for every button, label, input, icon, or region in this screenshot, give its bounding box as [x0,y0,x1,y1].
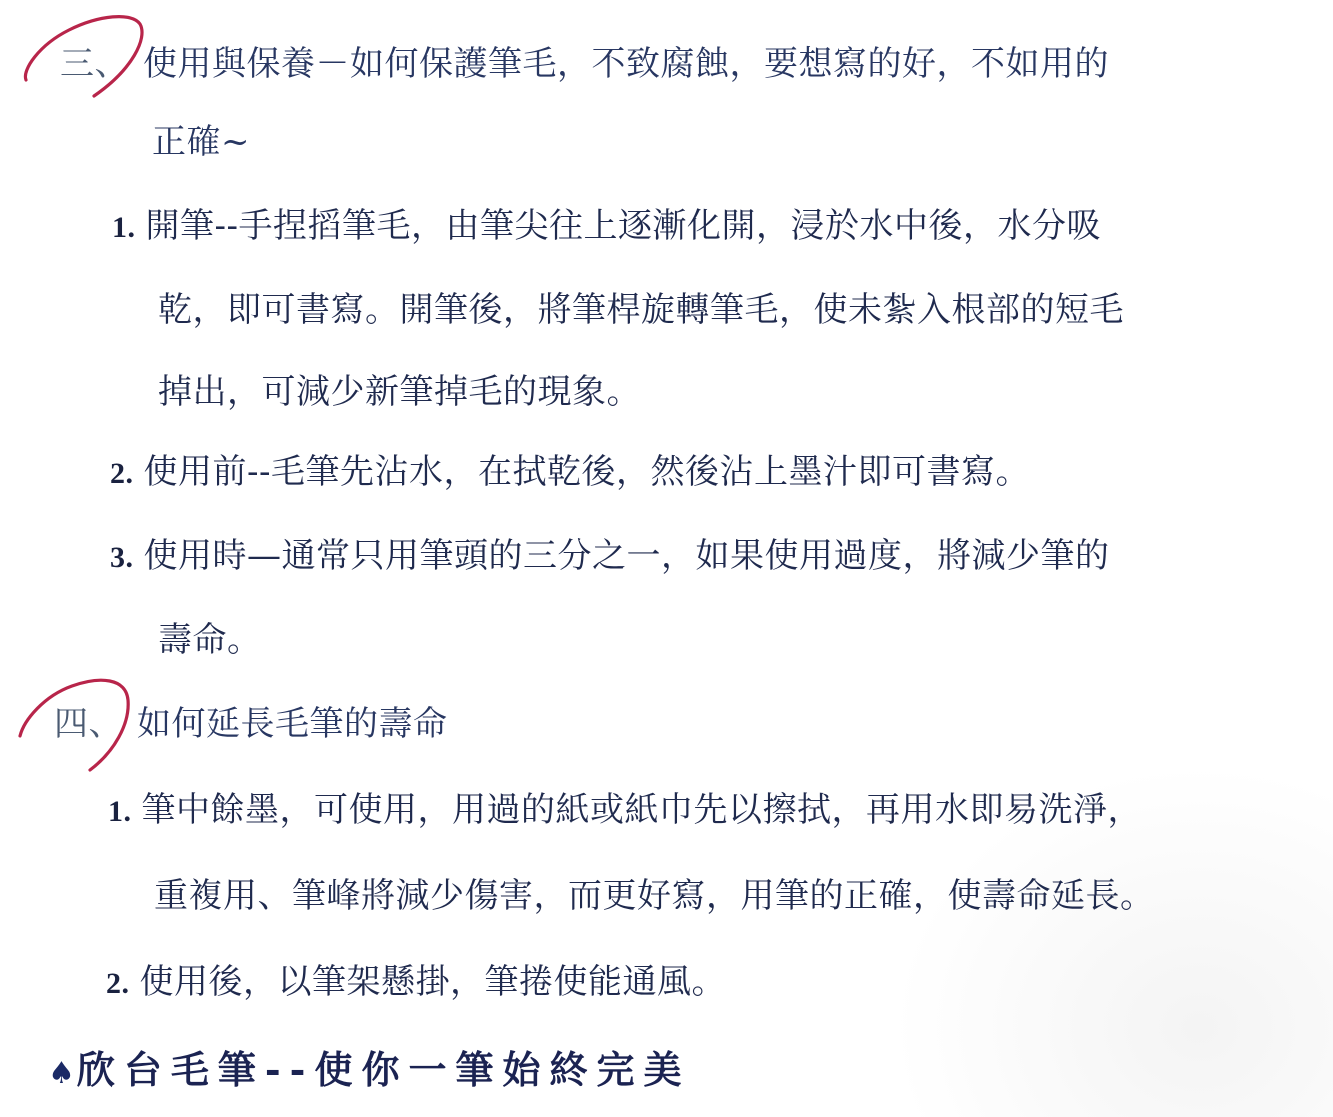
list-item-text: 筆中餘墨，可使用，用過的紙或紙巾先以擦拭，再用水即易洗淨， [142,790,1143,830]
scanned-page: 三、使用與保養－如何保護筆毛，不致腐蝕，要想寫的好，不如用的 正確~ 1.開筆-… [0,0,1333,1117]
spade-icon: ♠ [48,1056,75,1091]
section4-heading: 四、如何延長毛筆的壽命 [54,704,448,744]
section4-item1-line1: 1.筆中餘墨，可使用，用過的紙或紙巾先以擦拭，再用水即易洗淨， [108,790,1142,832]
section4-title: 如何延長毛筆的壽命 [137,704,448,744]
section3-title-continued: 正確~ [152,122,250,162]
section4-numeral: 四、 [54,704,123,744]
section3-numeral: 三、 [60,44,129,84]
footer-slogan: ♠欣台毛筆--使你一筆始終完美 [48,1048,690,1096]
section3-title: 使用與保養－如何保護筆毛，不致腐蝕，要想寫的好，不如用的 [143,44,1109,84]
section3-item3-line1: 3.使用時—通常只用筆頭的三分之一，如果使用過度，將減少筆的 [110,536,1110,578]
list-number: 2. [106,967,130,1000]
section3-heading-line1: 三、使用與保養－如何保護筆毛，不致腐蝕，要想寫的好，不如用的 [60,44,1109,84]
section3-item3-line2: 壽命。 [158,620,262,660]
slogan-text: 欣台毛筆--使你一筆始終完美 [77,1047,691,1092]
list-item-text: 壽命。 [158,620,262,660]
section3-item2-line1: 2.使用前--毛筆先沾水，在拭乾後，然後沾上墨汁即可書寫。 [110,452,1030,494]
section3-item1-line1: 1.開筆--手捏搯筆毛，由筆尖往上逐漸化開，浸於水中後，水分吸 [112,206,1101,248]
section3-item1-line3: 掉出，可減少新筆掉毛的現象。 [158,372,641,412]
section3-item1-line2: 乾，即可書寫。開筆後，將筆桿旋轉筆毛，使未紮入根部的短毛 [158,290,1124,330]
section3-heading-line2: 正確~ [152,122,250,162]
section4-item2-line1: 2.使用後，以筆架懸掛，筆捲使能通風。 [106,962,726,1004]
list-number: 3. [110,541,134,574]
list-item-text: 開筆--手捏搯筆毛，由筆尖往上逐漸化開，浸於水中後，水分吸 [146,206,1101,246]
list-item-text: 掉出，可減少新筆掉毛的現象。 [158,372,641,412]
list-number: 1. [112,211,136,244]
section4-item1-line2: 重複用、筆峰將減少傷害，而更好寫，用筆的正確，使壽命延長。 [154,876,1155,916]
list-item-text: 重複用、筆峰將減少傷害，而更好寫，用筆的正確，使壽命延長。 [154,876,1155,916]
list-item-text: 使用後，以筆架懸掛，筆捲使能通風。 [140,962,727,1002]
list-number: 1. [108,795,132,828]
list-item-text: 使用時—通常只用筆頭的三分之一，如果使用過度，將減少筆的 [144,536,1110,576]
list-item-text: 使用前--毛筆先沾水，在拭乾後，然後沾上墨汁即可書寫。 [144,452,1030,492]
list-number: 2. [110,457,134,490]
list-item-text: 乾，即可書寫。開筆後，將筆桿旋轉筆毛，使未紮入根部的短毛 [158,290,1124,330]
